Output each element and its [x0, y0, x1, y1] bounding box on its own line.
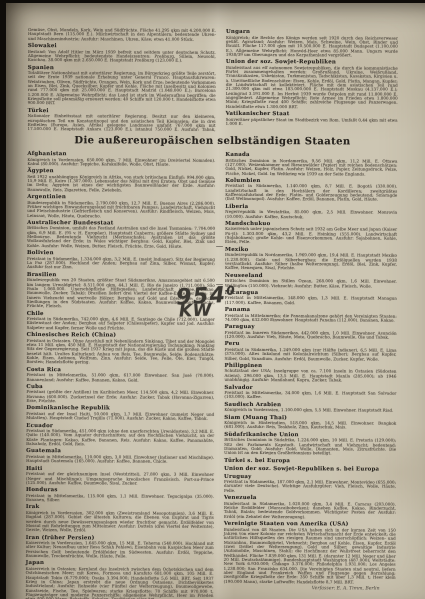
state-entry-heading: Türkei s. bei Europa: [224, 457, 396, 464]
state-entry: Peru Freistaat in Südamerika, 1.249.000 …: [225, 341, 397, 361]
state-entry: Vereinigte Staaten von Amerika (USA) Bun…: [224, 521, 396, 585]
handwritten-pencil-initials: KW: [179, 301, 213, 320]
state-entry-body: Bestand: Von Adolf Hitler im März 1939 b…: [28, 50, 216, 64]
state-entry-body: Kaiserreich unter japanischem Schutz sei…: [225, 227, 397, 245]
state-entry-body: Freistaat in Mittelamerika, 51.000 qkm, …: [26, 373, 214, 383]
state-entry: Kolumbien Freistaat in Südamerika, 1.140…: [225, 178, 397, 203]
state-entry-body: Freistaat in Mittelamerika, 115.000 qkm,…: [26, 494, 214, 504]
state-entry-body: Freistaat in Südamerika, 1.140.000 qkm, …: [225, 184, 397, 202]
state-entry: Türkei s. bei Europa: [224, 457, 396, 464]
state-entry: Spanien Totalitärer Nationalstaat mit au…: [28, 65, 216, 107]
state-entry: Australischer Bundesstaat Britisches Dom…: [27, 220, 215, 249]
state-entry: Dominikanische Republik Freistaat auf de…: [26, 405, 214, 421]
state-entry-body: Britisches Dominion, umfaßt das Festland…: [27, 226, 215, 249]
state-entry: Ägypten Seit 1922 unabhängiges Königreic…: [27, 168, 215, 193]
state-entry: Türkei Nationaler Einheitsstaat mit auto…: [28, 108, 216, 133]
european-states-continuation: Gemüse, Obst, Mandeln, Kork, Wein und Sü…: [28, 26, 398, 133]
state-entry: Südafrikanische Union Britisches Dominio…: [224, 432, 396, 457]
state-entry: Cuba Freistaat (größte der Antillen) im …: [26, 384, 214, 404]
state-entry-body: Königreich in Hinterindien, 518.000 qkm,…: [224, 421, 396, 430]
state-entry-body: Souveräner päpstlicher Staat im Stadtbez…: [226, 118, 398, 127]
state-entry-body: Gemüse, Obst, Mandeln, Kork, Wein und Sü…: [28, 28, 216, 42]
state-entry-body: Königreich in Vorderasien, 302.000 qkm (…: [26, 511, 214, 534]
state-entry-body: Negerrepublik in Westafrika, 85.000 qkm,…: [225, 210, 397, 219]
state-entry: Slowakei Bestand: Von Adolf Hitler im Mä…: [28, 43, 216, 63]
state-entry: Neuseeland Britisches Dominion im Stille…: [225, 273, 397, 289]
state-entry-body: Seit 1922 unabhängiges Königreich in Afr…: [27, 175, 215, 193]
state-entry: Haiti Freistaat auf der gleichnamigen In…: [26, 466, 214, 486]
state-entry-body: Bundesrepublik in Südamerika, 2.790.000 …: [27, 201, 215, 219]
state-entry-body: Freistaat in Südamerika, 187.000 qkm, 2,…: [224, 480, 396, 494]
state-entry: Panama Freistaat in Mittelamerika; die P…: [225, 307, 397, 323]
state-entry-body: Freistaat in Mittelamerika, 34.000 qkm, …: [224, 391, 396, 400]
state-entry-body: Freistaat in Ostasien. Ohne Anschluß mit…: [27, 339, 215, 366]
state-entry: Ungarn Königreich; die Rechte des Königs…: [226, 29, 398, 58]
state-entry: Siam (Muang Thai) Königreich in Hinterin…: [224, 414, 396, 430]
author-credit: Verfasser: E. A. Timm, Berlin: [224, 586, 396, 592]
state-entry: Argentinien Bundesrepublik in Südamerika…: [27, 194, 215, 219]
main-left-column: Afghanistan Königreich in Vorderasien, 6…: [25, 149, 215, 599]
state-entry: Mexiko Bundesrepublik in Nordamerika, 1.…: [225, 247, 397, 272]
state-entry-body: Britisches Dominion in Südafrika, 1.224.…: [224, 438, 396, 456]
state-entry-body: Freistaat (größte der Antillen) im Karib…: [26, 390, 214, 404]
state-entry-body: Bundesstaat in Südamerika, 1.020.000 qkm…: [224, 501, 396, 519]
state-entry: Ecuador Freistaat in Südamerika, 451.000…: [26, 423, 214, 448]
state-entry: Irak Königreich in Vorderasien, 302.000 …: [26, 504, 214, 533]
state-entry: Saudisch Arabien Königreich in Vorderasi…: [224, 402, 396, 414]
state-entry-body: Kaiserreich in Ostasien; Kernland das In…: [25, 567, 213, 599]
state-entry-body: Königreich; die Rechte des Königs werden…: [226, 35, 398, 57]
state-entry: Bolivien Freistaat in Südamerika, 1.334.…: [27, 250, 215, 270]
state-entry: Chinesisches Reich (China) Freistaat in …: [27, 332, 215, 365]
state-entry: Uruguay Freistaat in Südamerika, 187.000…: [224, 473, 396, 493]
state-entry: Guatemala Freistaat in Mittelamerika, 11…: [26, 448, 214, 464]
top-right-column: Ungarn Königreich; die Rechte des Königs…: [226, 27, 398, 133]
state-entry: Japan Kaiserreich in Ostasien; Kernland …: [25, 560, 213, 599]
state-entry: Mandschukuo Kaiserreich unter japanische…: [225, 221, 397, 246]
scanned-book-page: Gemüse, Obst, Mandeln, Kork, Wein und Sü…: [0, 0, 425, 599]
state-entry-body: Königreich in Vorderasien, 650.000 qkm, …: [27, 157, 215, 167]
state-entry-body: Bundesstaat von 48 Staaten. Die USA habe…: [224, 527, 396, 584]
state-entry-body: Totalitärer Nationalstaat mit autoritäre…: [28, 71, 216, 107]
state-entry-body: Britisches Dominion in Nordamerika, 9,56…: [225, 158, 397, 176]
state-entry-body: Freistaat in Mittelamerika, 110.000 qkm,…: [26, 455, 214, 465]
state-entry-body: Bundesstaat aus elf autonomen Sowjetrepu…: [226, 66, 398, 110]
state-entry: Philippinen Schutzstaat der USA; Inselgr…: [224, 363, 396, 383]
state-entry-body: Freistaat im Inneren Südamerikas, 442.00…: [225, 331, 397, 340]
state-entry: Liberia Negerrepublik in Westafrika, 85.…: [225, 204, 397, 220]
state-entry: Union der soz. Sowjet-Republiken s. bei …: [224, 465, 396, 472]
state-entry-body: Freistaat in Südamerika, 1.334.000 qkm, …: [27, 257, 215, 271]
state-entry-body: Nationaler Einheitsstaat mit autoritärer…: [28, 114, 216, 132]
state-entry-body: Kaiserreich in Vorderasien, 1.645.000 qk…: [26, 541, 214, 559]
handwritten-pencil-number-small: 0: [226, 283, 235, 297]
state-entry: Nicaragua Freistaat in Mittelamerika, 14…: [225, 290, 397, 306]
paper-sheet: Gemüse, Obst, Mandeln, Kork, Wein und Sü…: [6, 3, 425, 599]
state-entry: Gemüse, Obst, Mandeln, Kork, Wein und Sü…: [28, 28, 216, 42]
state-entry-body: Freistaat in Südamerika, 451.000 qkm (oh…: [26, 429, 214, 447]
state-entry: Costa Rica Freistaat in Mittelamerika, 5…: [26, 367, 214, 383]
section-title: Die außereuropäischen selbständigen Staa…: [27, 135, 397, 148]
state-entry: Paraguay Freistaat im Inneren Südamerika…: [225, 324, 397, 340]
state-entry: Honduras Freistaat in Mittelamerika, 115…: [26, 487, 214, 503]
state-entry-body: Bundesrepublik in Nordamerika, 1.969.000…: [225, 253, 397, 271]
state-entry: Iran (früher Persien) Kaiserreich in Vor…: [26, 535, 214, 560]
state-entry-body: Freistaat in Mittelamerika; die Panamaka…: [225, 313, 397, 322]
state-entry-body: Freistaat in Mittelamerika, 148.000 qkm,…: [225, 296, 397, 305]
state-entry: Salvador Freistaat in Mittelamerika, 34.…: [224, 384, 396, 400]
state-entry: Venezuela Bundesstaat in Südamerika, 1.0…: [224, 495, 396, 520]
state-entry-body: Freistaat auf der gleichnamigen Insel (W…: [26, 472, 214, 486]
top-left-column: Gemüse, Obst, Mandeln, Kork, Wein und Sü…: [28, 26, 216, 132]
state-entry-body: Freistaat auf der Insel Haiti, 50.000 qk…: [26, 412, 214, 422]
main-right-entries: Kanada Britisches Dominion in Nordamerik…: [224, 152, 398, 585]
state-entry-body: Schutzstaat der USA; Inselgruppe von ca.…: [224, 369, 396, 383]
state-entry-body: Britisches Dominion im Stillen Ozean, 26…: [225, 279, 397, 288]
state-entry-body: Königreich in Vorderasien, 1.100.000 qkm…: [224, 408, 396, 413]
main-right-column: Kanada Britisches Dominion in Nordamerik…: [223, 150, 397, 599]
state-entry: Afghanistan Königreich in Vorderasien, 6…: [27, 151, 215, 167]
non-european-states-section: Afghanistan Königreich in Vorderasien, 6…: [25, 149, 397, 599]
state-entry-body: Freistaat in Südamerika, 1.249.000 qkm (…: [225, 348, 397, 362]
state-entry-heading: Union der soz. Sowjet-Republiken s. bei …: [224, 465, 396, 472]
state-entry: Kanada Britisches Dominion in Nordamerik…: [225, 152, 397, 177]
state-entry: Vatikanischer Staat Souveräner päpstlich…: [226, 111, 398, 127]
state-entry: Union der soz. Sowjet-Republiken Bundess…: [226, 59, 398, 110]
